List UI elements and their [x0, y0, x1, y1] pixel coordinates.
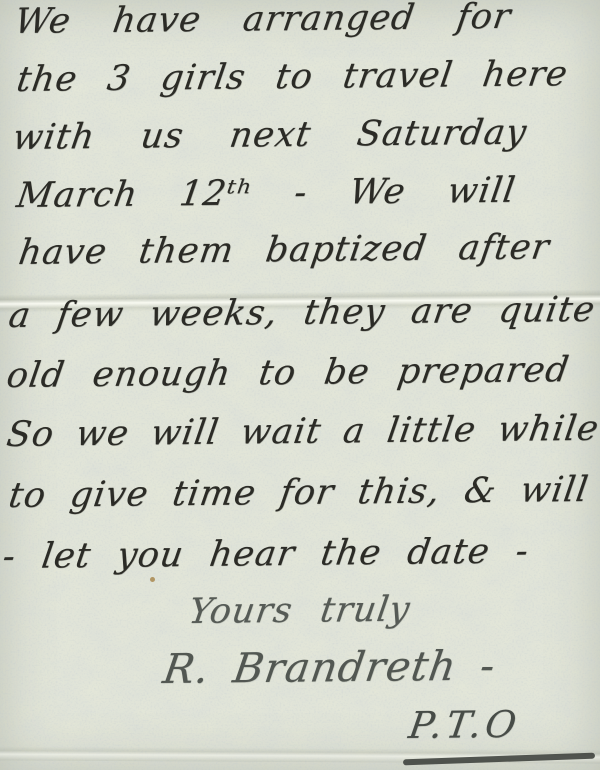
letter-line-3: with us next Saturday — [10, 113, 530, 158]
letter-line-1: We have arranged for — [12, 0, 514, 42]
letter-signature: R. Brandreth - — [160, 642, 499, 693]
letter-line-4: March 12ᵗʰ - We will — [14, 171, 518, 216]
paper-blemish — [150, 577, 155, 582]
letter-line-10: - let you hear the date - — [0, 532, 532, 577]
letter-line-2: the 3 girls to travel here — [14, 54, 571, 100]
letter-postscript: P.T.O — [406, 703, 523, 747]
letter-line-5: have them baptized after — [16, 227, 552, 273]
letter-line-8: So we will wait a little while — [4, 409, 600, 455]
letter-page: We have arranged for the 3 girls to trav… — [0, 0, 600, 770]
postscript-underline — [403, 753, 595, 766]
letter-line-9: to give time for this, & will — [6, 470, 591, 516]
letter-closing: Yours truly — [186, 590, 413, 632]
letter-line-7: old enough to be prepared — [4, 350, 572, 396]
letter-line-6: a few weeks, they are quite — [6, 290, 598, 336]
